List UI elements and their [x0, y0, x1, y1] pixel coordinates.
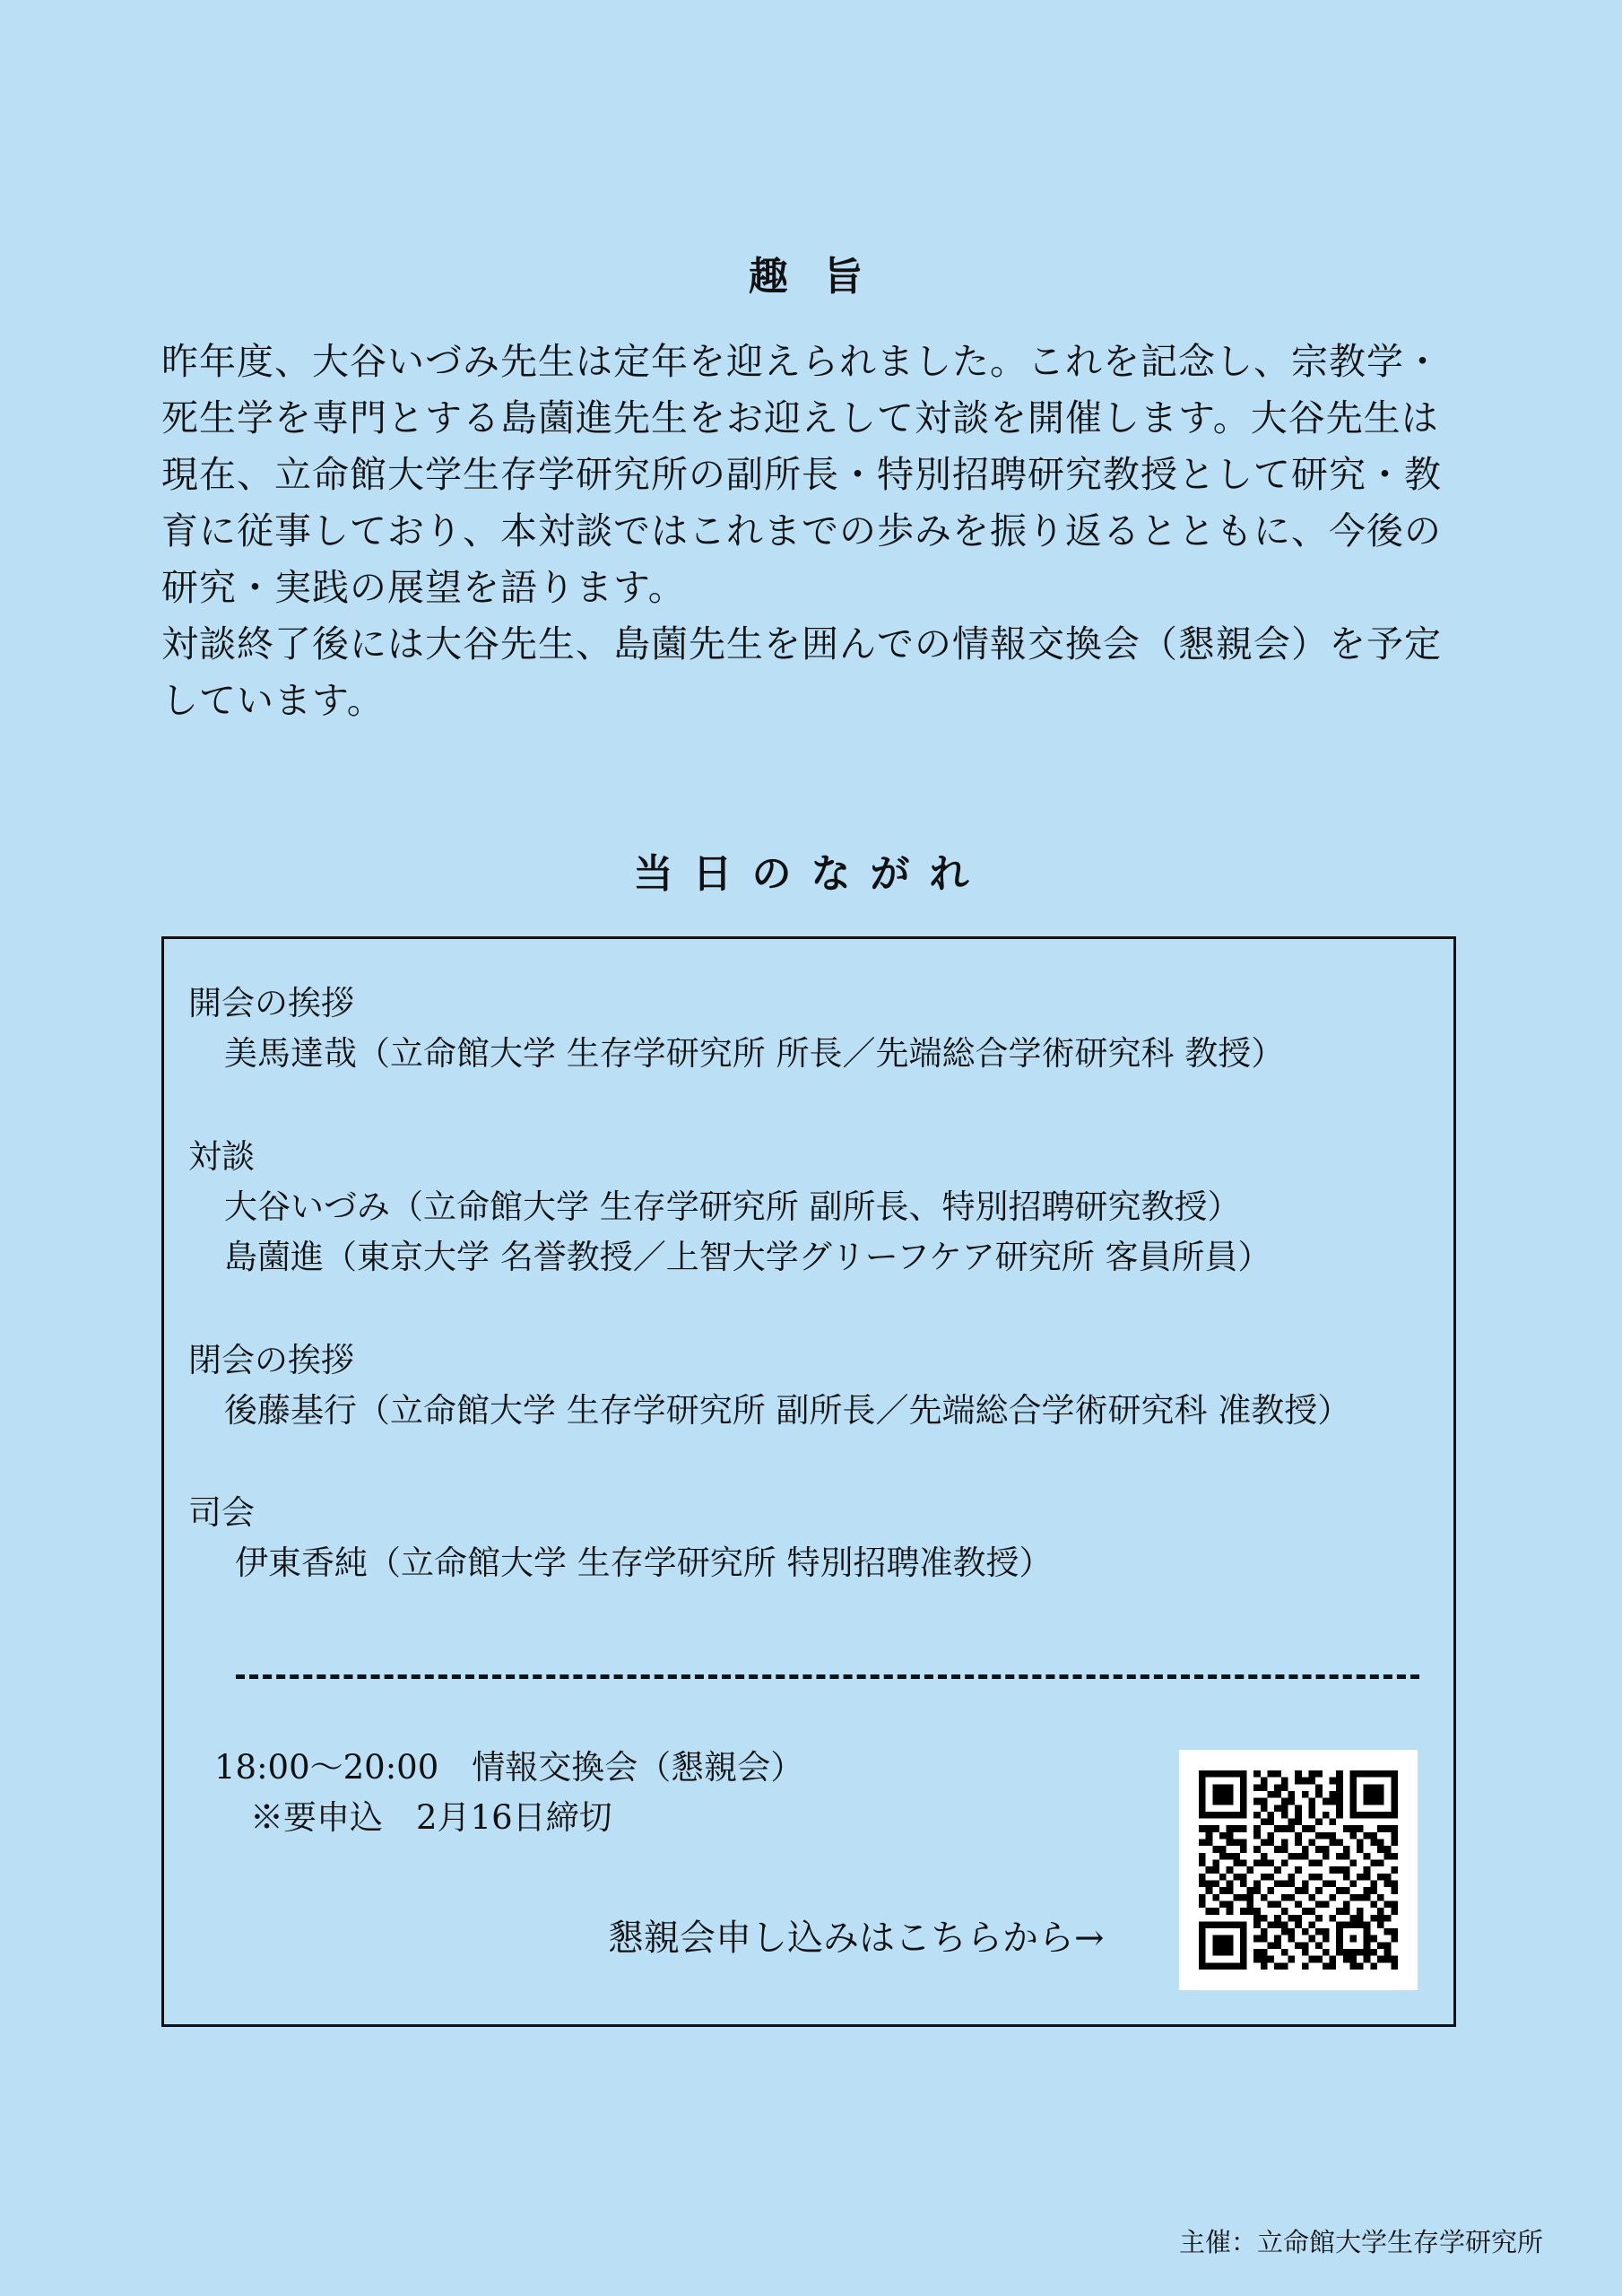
schedule-title: 当日のながれ [0, 841, 1622, 899]
speaker: 美馬達哉（立命館大学 生存学研究所 所長／先端総合学術研究科 教授） [188, 1029, 1284, 1079]
qr-code-icon [1199, 1770, 1398, 1970]
speaker: 後藤基行（立命館大学 生存学研究所 副所長／先端総合学術研究科 准教授） [188, 1386, 1350, 1436]
speaker: 大谷いづみ（立命館大学 生存学研究所 副所長、特別招聘研究教授） [188, 1182, 1271, 1232]
purpose-paragraph-2: 対談終了後には大谷先生、島薗先生を囲んでの情報交換会（懇親会）を予定しています。 [161, 616, 1470, 729]
speaker: 島薗進（東京大学 名誉教授／上智大学グリーフケア研究所 客員所員） [188, 1232, 1271, 1283]
item-heading: 対談 [188, 1132, 1271, 1182]
reception-deadline: ※要申込 2月16日締切 [214, 1793, 803, 1843]
schedule-item-moderator: 司会 伊東香純（立命館大学 生存学研究所 特別招聘准教授） [188, 1488, 1053, 1588]
item-heading: 閉会の挨拶 [188, 1335, 1350, 1386]
schedule-item-closing: 閉会の挨拶 後藤基行（立命館大学 生存学研究所 副所長／先端総合学術研究科 准教… [188, 1335, 1350, 1436]
qr-code[interactable] [1179, 1750, 1418, 1990]
purpose-text: 昨年度、大谷いづみ先生は定年を迎えられました。これを記念し、宗教学・死生学を専門… [161, 334, 1470, 729]
reception-time: 18:00〜20:00 情報交換会（懇親会） [214, 1748, 803, 1787]
organizer-credit: 主催：立命館大学生存学研究所 [1179, 2222, 1543, 2259]
speaker: 伊東香純（立命館大学 生存学研究所 特別招聘准教授） [188, 1538, 1053, 1588]
dashed-divider [236, 1674, 1419, 1679]
purpose-paragraph-1: 昨年度、大谷いづみ先生は定年を迎えられました。これを記念し、宗教学・死生学を専門… [161, 334, 1470, 616]
apply-prompt: 懇親会申し込みはこちらから→ [608, 1913, 1105, 1963]
purpose-title: 趣 旨 [0, 244, 1622, 301]
reception-info: 18:00〜20:00 情報交換会（懇親会） ※要申込 2月16日締切 [214, 1743, 803, 1843]
schedule-box: 開会の挨拶 美馬達哉（立命館大学 生存学研究所 所長／先端総合学術研究科 教授）… [161, 936, 1456, 2027]
item-heading: 司会 [188, 1488, 1053, 1538]
schedule-item-opening: 開会の挨拶 美馬達哉（立命館大学 生存学研究所 所長／先端総合学術研究科 教授） [188, 978, 1284, 1079]
item-heading: 開会の挨拶 [188, 978, 1284, 1029]
schedule-item-dialogue: 対談 大谷いづみ（立命館大学 生存学研究所 副所長、特別招聘研究教授） 島薗進（… [188, 1132, 1271, 1283]
